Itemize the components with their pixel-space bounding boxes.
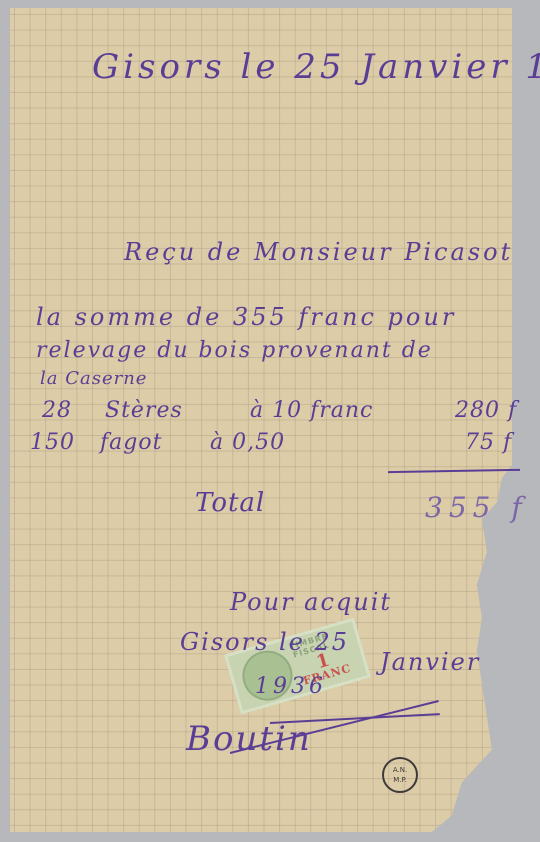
signature: Boutin bbox=[186, 722, 312, 756]
received-from-line: Reçu de Monsieur Picasot bbox=[124, 240, 513, 264]
item-rate: à 10 franc bbox=[250, 400, 373, 422]
archive-stamp-icon: A.N. M.P. bbox=[382, 757, 418, 793]
item-qty: 150 bbox=[30, 432, 75, 454]
acquit-month: Janvier bbox=[380, 650, 480, 674]
body-line-3: la Caserne bbox=[40, 370, 147, 388]
date-heading: Gisors le 25 Janvier 1936 bbox=[92, 50, 540, 84]
acquit-place-date: Gisors le 25 bbox=[180, 630, 349, 654]
acquit-label: Pour acquit bbox=[230, 590, 392, 614]
line-item: 150 fagot à 0,50 75 f bbox=[0, 432, 540, 462]
item-rate: à 0,50 bbox=[210, 432, 285, 454]
archive-stamp-line1: A.N. bbox=[384, 765, 416, 775]
item-amount: 75 f bbox=[465, 432, 512, 454]
line-item: 28 Stères à 10 franc 280 f bbox=[0, 400, 540, 430]
body-line-2: relevage du bois provenant de bbox=[36, 340, 433, 362]
acquit-year: 1936 bbox=[255, 676, 327, 698]
body-line-1: la somme de 355 franc pour bbox=[36, 305, 456, 329]
total-amount: 355 f bbox=[425, 494, 528, 522]
item-name: Stères bbox=[105, 400, 183, 422]
total-label: Total bbox=[195, 490, 265, 516]
item-amount: 280 f bbox=[455, 400, 517, 422]
item-name: fagot bbox=[100, 432, 162, 454]
archive-stamp-line2: M.P. bbox=[384, 775, 416, 785]
item-qty: 28 bbox=[42, 400, 72, 422]
